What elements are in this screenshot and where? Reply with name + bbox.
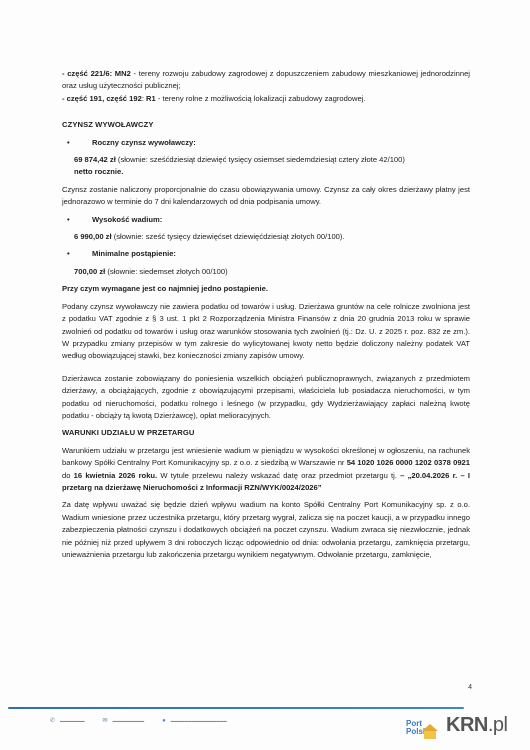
footer-email: ✉ ▬▬▬▬▬▬▬▬▬ xyxy=(103,717,145,724)
footer-divider xyxy=(8,707,464,709)
conditions-heading: WARUNKI UDZIAŁU W PRZETARGU xyxy=(62,427,470,439)
footer-logo: Port Polska KRN.pl xyxy=(406,718,507,737)
page-number: 4 xyxy=(468,684,472,691)
zoning-text: - tereny rolne z możliwością lokalizacji… xyxy=(156,94,366,103)
rent-note: Czynsz zostanie naliczony proporcjonalni… xyxy=(62,184,470,209)
footer-contacts: ✆ ▬▬▬▬▬▬▬ ✉ ▬▬▬▬▬▬▬▬▬ ● ▬▬▬▬▬▬▬▬▬▬▬▬▬▬▬▬ xyxy=(50,717,227,724)
map-pin-icon: ● xyxy=(162,718,166,724)
zoning-label: - część 191, część 192 xyxy=(62,94,142,103)
page-content: - część 221/6: MN2 - tereny rozwoju zabu… xyxy=(62,68,470,566)
deposit-deadline: 16 kwietnia 2026 roku. xyxy=(74,471,158,480)
annual-rent-value: 69 874,42 zł (słownie: sześćdziesiąt dzi… xyxy=(62,154,470,179)
deposit-label: Wysokość wadium: xyxy=(62,214,470,226)
vat-note: Podany czynsz wywoławczy nie zawiera pod… xyxy=(62,301,470,363)
zoning-item-r1: - część 191, część 192: R1 - tereny roln… xyxy=(62,93,470,105)
zoning-code: R1 xyxy=(146,94,156,103)
document-page: - część 221/6: MN2 - tereny rozwoju zabu… xyxy=(0,0,530,750)
min-bid-note: Przy czym wymagane jest co najmniej jedn… xyxy=(62,283,470,295)
mail-icon: ✉ xyxy=(103,717,108,724)
phone-icon: ✆ xyxy=(50,717,55,724)
deposit-value: 6 990,00 zł (słownie: sześć tysięcy dzie… xyxy=(62,231,470,243)
annual-rent-label: Roczny czynsz wywoławczy: xyxy=(62,137,470,149)
conditions-paragraph-2: Za datę wpływu uważać się będzie dzień w… xyxy=(62,499,470,561)
min-bid-label: Minimalne postąpienie: xyxy=(62,248,470,260)
krn-watermark: KRN.pl xyxy=(446,714,507,737)
rent-heading: CZYNSZ WYWOŁAWCZY xyxy=(62,119,470,131)
zoning-item-mn2: - część 221/6: MN2 - tereny rozwoju zabu… xyxy=(62,68,470,93)
tenant-obligations: Dzierżawca zostanie zobowiązany do ponie… xyxy=(62,373,470,423)
port-polska-logo: Port Polska xyxy=(406,720,420,736)
conditions-paragraph-1: Warunkiem udziału w przetargu jest wnies… xyxy=(62,445,470,495)
zoning-label: - część 221/6: MN2 xyxy=(62,69,131,78)
house-icon xyxy=(422,724,438,731)
footer-address: ● ▬▬▬▬▬▬▬▬▬▬▬▬▬▬▬▬ xyxy=(162,718,227,724)
bank-account-number: 54 1020 1026 0000 1202 0378 0921 xyxy=(347,458,470,467)
footer-phone: ✆ ▬▬▬▬▬▬▬ xyxy=(50,717,85,724)
min-bid-value: 700,00 zł (słownie: siedemset złotych 00… xyxy=(62,266,470,278)
